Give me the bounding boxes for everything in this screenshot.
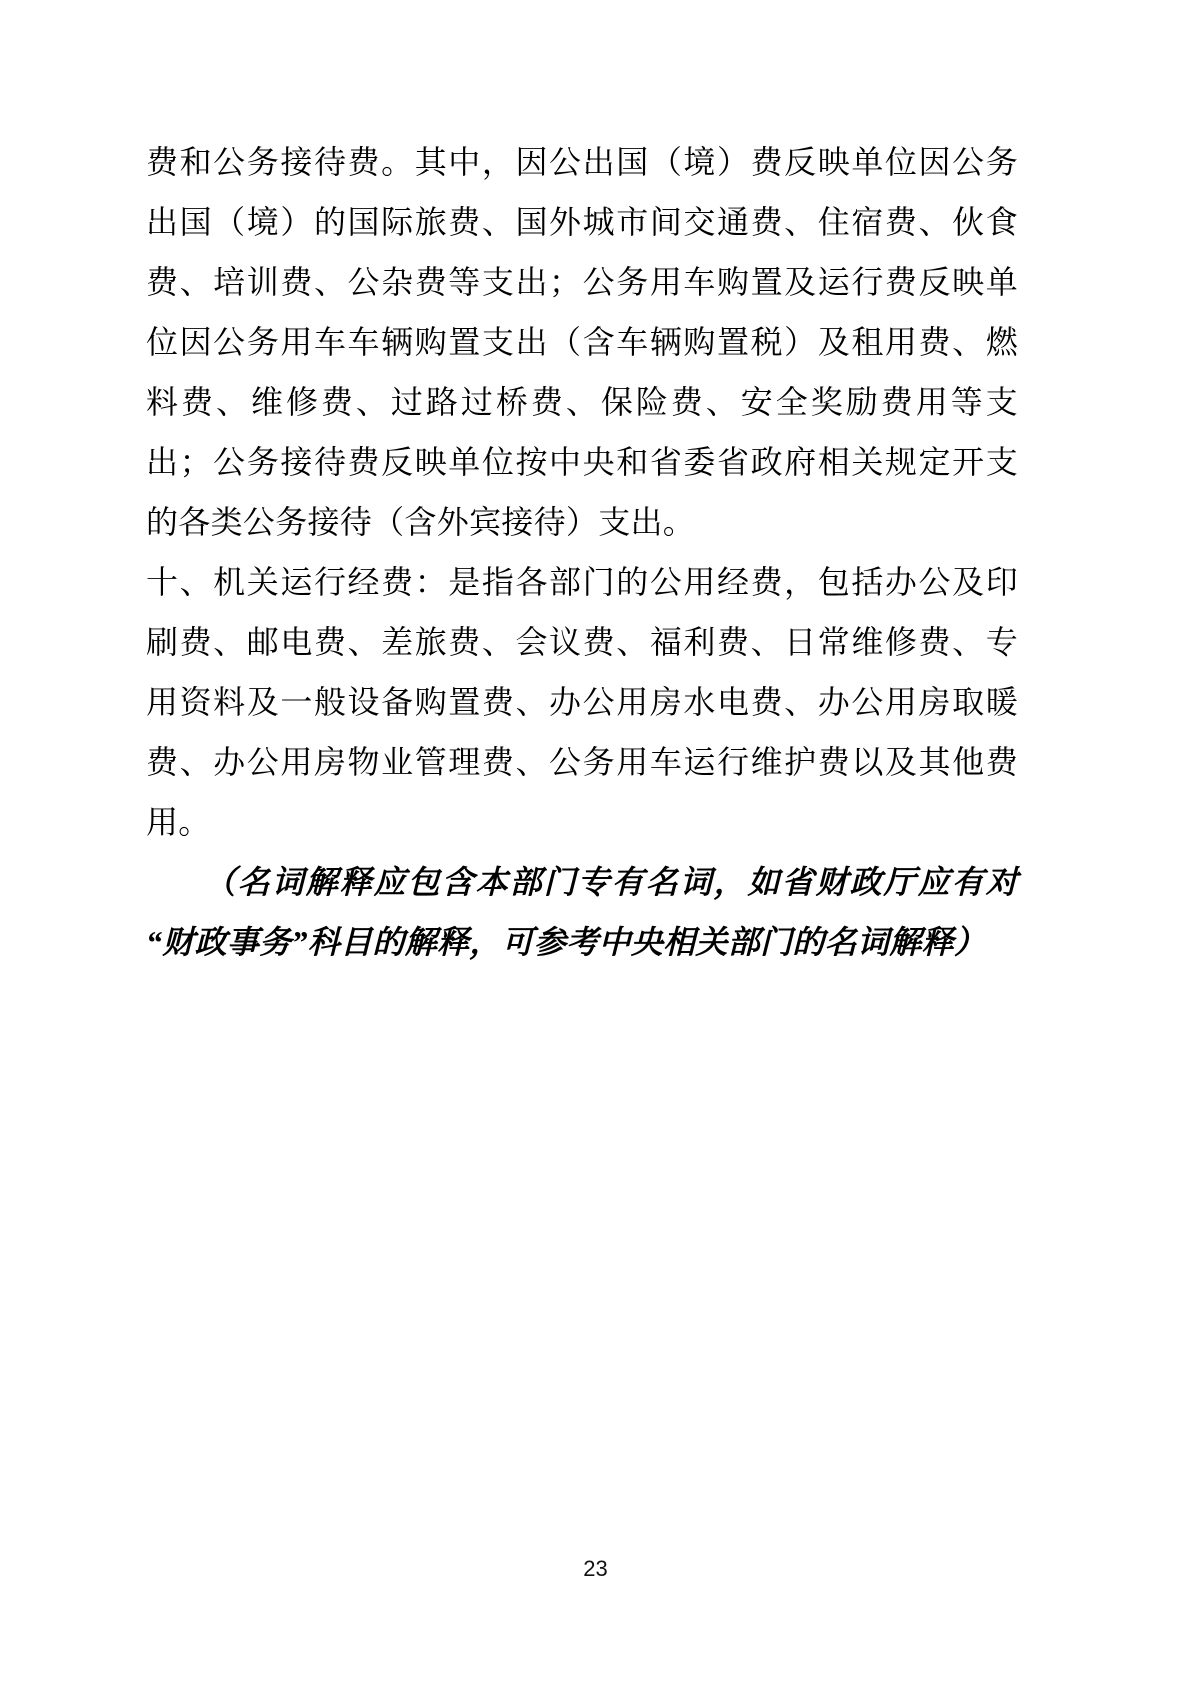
paragraph-continuation-expense-definitions: 费和公务接待费。其中，因公出国（境）费反映单位因公务出国（境）的国际旅费、国外城… bbox=[146, 132, 1018, 552]
paragraph-item-ten-agency-operating-funds: 十、机关运行经费：是指各部门的公用经费，包括办公及印刷费、邮电费、差旅费、会议费… bbox=[146, 552, 1018, 852]
page-number: 23 bbox=[0, 1556, 1191, 1582]
document-body: 费和公务接待费。其中，因公出国（境）费反映单位因公务出国（境）的国际旅费、国外城… bbox=[146, 132, 1018, 972]
paragraph-note-terminology-explanation: （名词解释应包含本部门专有名词，如省财政厅应有对“财政事务”科目的解释，可参考中… bbox=[146, 852, 1018, 972]
document-page: 费和公务接待费。其中，因公出国（境）费反映单位因公务出国（境）的国际旅费、国外城… bbox=[0, 0, 1191, 1684]
